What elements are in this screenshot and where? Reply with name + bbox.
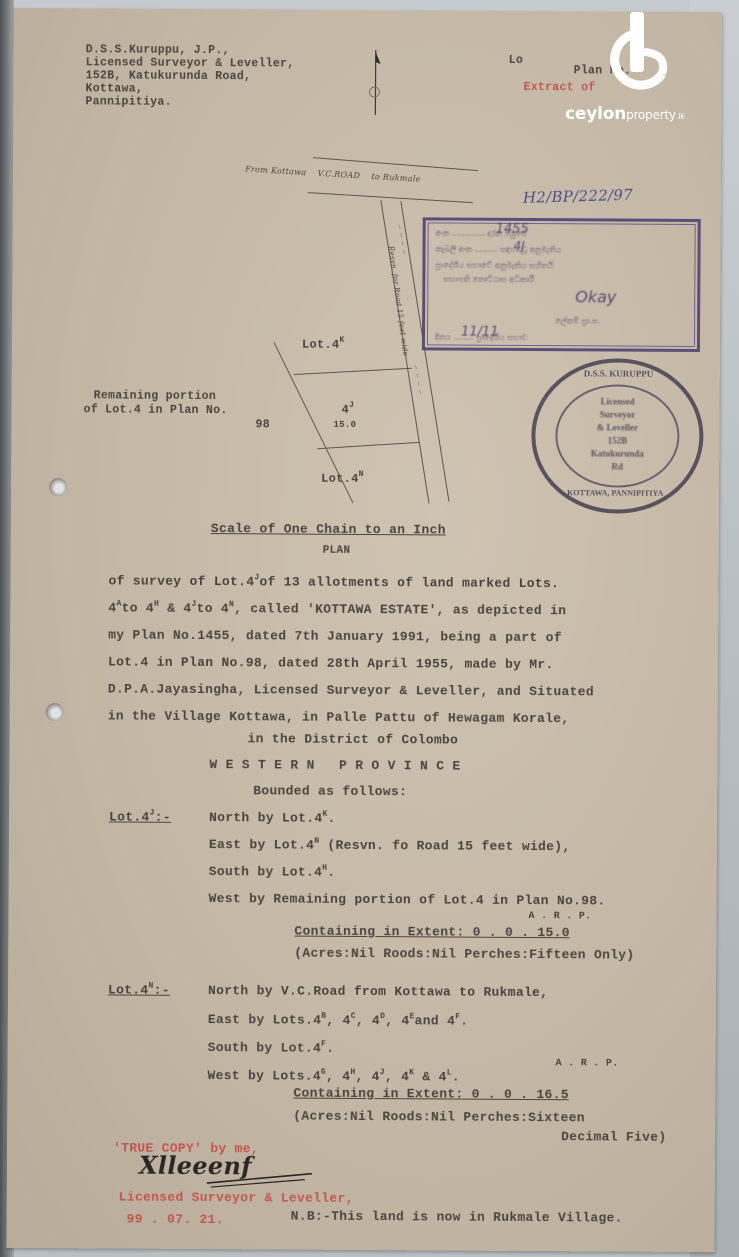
lot-4n-north: North by V.C.Road from Kottawa to Rukmal… — [208, 977, 548, 1006]
to-label: Lo — [509, 54, 523, 68]
description-line-2: 4Ato 4H & 4Jto 4N, called 'KOTTAWA ESTAT… — [108, 594, 566, 624]
stamp-line-4: සභාපති කොට්ඨාස අධිකාරී — [443, 274, 534, 285]
scale-line: Scale of One Chain to an Inch — [211, 522, 446, 537]
lot-4j-area: 15.0 — [333, 418, 356, 432]
seal-center-line: Katukurunda — [557, 448, 677, 459]
lot-4n-extent-units: A . R . P. — [556, 1057, 619, 1071]
stamp-line-5: ලේකම් ප්‍රා.ස. — [555, 316, 600, 326]
seal-center-line: Licensed — [558, 396, 678, 407]
description-line-5: D.P.A.Jayasingha, Licensed Surveyor & Le… — [108, 675, 594, 705]
lot-4n-heading: Lot.4N:- — [108, 976, 170, 1003]
seal-ring-text: D.S.S. KURUPPU — [584, 368, 654, 378]
lot-4j-east: East by Lot.4N (Resvn. fo Road 15 feet w… — [209, 831, 571, 860]
stamp-signature: Okay — [575, 287, 616, 306]
lot-4j-south: South by Lot.4H. — [209, 858, 336, 886]
punch-hole-upper — [49, 478, 67, 496]
stamp-lot-number: 4J — [514, 239, 525, 253]
seal-center-line: & Leveller — [557, 422, 677, 433]
plan-title: PLAN — [323, 544, 351, 558]
remaining-portion-line-2: of Lot.4 in Plan No. — [84, 403, 228, 418]
lot-label-4j: 4J — [342, 403, 355, 417]
seal-center-line: Rd — [557, 461, 677, 472]
description-line-3: my Plan No.1455, dated 7th January 1991,… — [108, 621, 562, 651]
lot-label-4n: Lot.4N — [321, 472, 364, 486]
seal-center-line: Surveyor — [558, 409, 678, 420]
bounded-as-follows: Bounded as follows: — [253, 777, 407, 805]
lot-4n-extent-words-1: (Acres:Nil Roods:Nil Perches:Sixteen — [293, 1103, 585, 1132]
description-line-4: Lot.4 in Plan No.98, dated 28th April 19… — [108, 648, 554, 678]
stamp-line-3: ප්‍රාදේශීය සභාවේ අනුමැතිය සහිතයි — [435, 260, 553, 271]
reference-number: H2/BP/222/97 — [523, 188, 634, 205]
punch-hole-lower — [46, 703, 64, 721]
lot-4n-east: East by Lots.4B, 4C, 4D, 4Eand 4F. — [208, 1006, 469, 1035]
stamp-line-2: කැබලි අංක ......... සඳහා වූ අනුමැතිය — [436, 244, 562, 255]
stamp-date: 11/11 — [461, 325, 499, 340]
description-line-7: in the District of Colombo — [247, 725, 458, 753]
lot-4n-south: South by Lot.4F. — [208, 1034, 335, 1062]
lot-label-4k: Lot.4K — [302, 338, 345, 352]
certification-date: 99 . 07. 21. — [127, 1206, 224, 1234]
seal-center-line: 152B — [557, 435, 677, 446]
survey-document-page: D.S.S.Kuruppu, J.P., Licensed Surveyor &… — [6, 8, 722, 1252]
lot-4j-north: North by Lot.4K. — [209, 804, 336, 832]
footer-note: N.B:-This land is now in Rukmale Village… — [291, 1203, 623, 1232]
remaining-portion-line-1: Remaining portion — [94, 389, 217, 404]
svg-text:— — — —: — — — — — [411, 363, 424, 395]
header-line-city: Pannipitiya. — [85, 95, 172, 110]
lot-4j-extent-words: (Acres:Nil Roods:Nil Perches:Fifteen Onl… — [294, 940, 634, 969]
lot-4j-heading: Lot.4J:- — [109, 803, 171, 830]
seal-ring-bottom: KOTTAWA, PANNIPITIYA — [567, 488, 663, 498]
description-line-1: of survey of Lot.4Jof 13 allotments of l… — [108, 567, 559, 597]
approval-stamp: අංක ............. දරන පිඹුරේ 1455 කැබලි … — [422, 217, 701, 352]
ceylonproperty-logo-icon — [602, 12, 674, 102]
north-arrow-icon — [365, 50, 385, 115]
ceylonproperty-watermark: ceylonproperty.lk — [562, 12, 712, 124]
ceylonproperty-logo-text: ceylonproperty.lk — [565, 104, 685, 124]
remaining-portion-line-3: 98 — [255, 418, 269, 432]
province-heading: W E S T E R N P R O V I N C E — [209, 751, 460, 780]
seal-inner-ring: Licensed Surveyor & Leveller 152B Katuku… — [555, 384, 680, 488]
lot-4n-extent-words-2: Decimal Five) — [561, 1123, 666, 1151]
surveyor-seal: D.S.S. KURUPPU KOTTAWA, PANNIPITIYA Lice… — [531, 358, 704, 514]
stamp-plan-number: 1455 — [496, 222, 529, 237]
